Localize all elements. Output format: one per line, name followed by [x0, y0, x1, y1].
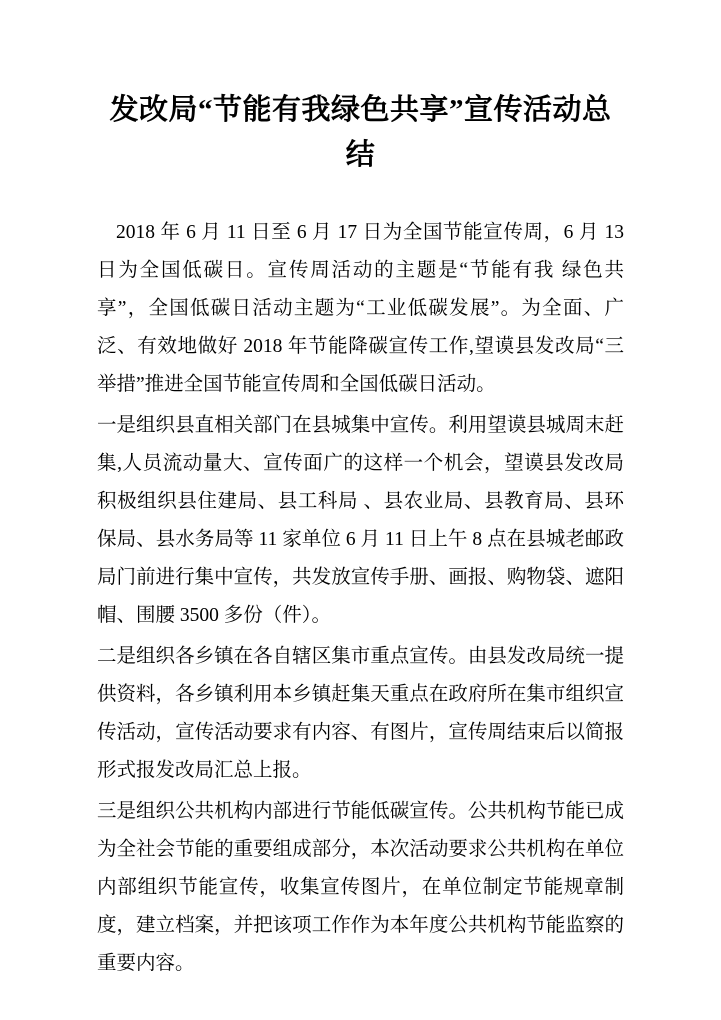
paragraph-measure-3: 三是组织公共机构内部进行节能低碳宣传。公共机构节能已成为全社会节能的重要组成部分… [97, 793, 624, 983]
paragraph-measure-2: 二是组织各乡镇在各自辖区集市重点宣传。由县发改局统一提供资料，各乡镇利用本乡镇赶… [97, 638, 624, 790]
paragraph-intro: 2018 年 6 月 11 日至 6 月 17 日为全国节能宣传周，6 月 13… [97, 214, 624, 404]
document-page: 发改局“节能有我绿色共享”宣传活动总结 2018 年 6 月 11 日至 6 月… [0, 0, 721, 1020]
document-title: 发改局“节能有我绿色共享”宣传活动总结 [97, 88, 624, 178]
paragraph-measure-1: 一是组织县直相关部门在县城集中宣传。利用望谟县城周末赶集,人员流动量大、宣传面广… [97, 407, 624, 635]
document-body: 2018 年 6 月 11 日至 6 月 17 日为全国节能宣传周，6 月 13… [97, 214, 624, 983]
